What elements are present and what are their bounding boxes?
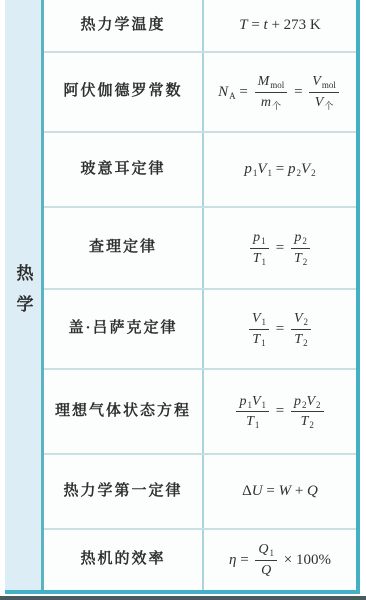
concept-name-cell: 阿伏伽德罗常数 — [44, 53, 204, 131]
formula-token: = — [272, 321, 288, 338]
formula-token: p2 — [294, 393, 307, 411]
fraction-bar — [291, 411, 324, 412]
fraction-bar — [309, 92, 339, 93]
formula-token: = — [236, 552, 252, 569]
fraction: Q1Q — [255, 541, 277, 579]
formula-token: 273 K — [284, 17, 321, 34]
formula-token: T1 — [246, 413, 259, 431]
subscript: mol — [270, 80, 284, 90]
formula-token: 100% — [296, 552, 331, 569]
formula-token: = — [290, 84, 306, 101]
formula-token: = — [263, 483, 279, 500]
formula-token: V1 — [252, 310, 266, 328]
subscript: 2 — [304, 317, 309, 327]
subscript: 1 — [262, 257, 267, 267]
formula-token: × — [280, 552, 296, 569]
fraction: p2V2T2 — [291, 393, 324, 431]
formula-token: p2 — [288, 161, 301, 178]
concept-name: 查理定律 — [89, 238, 157, 258]
table-rows: 热力学温度T = t + 273 K阿伏伽德罗常数NA = Mmolm个 = V… — [44, 0, 356, 590]
formula-token: V个 — [315, 94, 334, 112]
concept-name-cell: 热机的效率 — [44, 530, 204, 590]
table-row: 热力学第一定律ΔU = W + Q — [44, 455, 356, 530]
formula-cell: ΔU = W + Q — [204, 455, 356, 528]
subscript: 2 — [303, 338, 308, 348]
table-row: 盖·吕萨克定律V1T1 = V2T2 — [44, 290, 356, 370]
fraction: Mmolm个 — [255, 73, 288, 111]
formula-token: = — [236, 84, 252, 101]
table-row: 热机的效率η = Q1Q × 100% — [44, 530, 356, 590]
formula-token: V1 — [257, 161, 272, 178]
subscript: 2 — [311, 168, 316, 178]
formula-token: η — [229, 552, 236, 569]
formula-token: Δ — [242, 483, 252, 500]
concept-name: 热力学第一定律 — [63, 482, 182, 502]
fraction: V2T2 — [291, 310, 311, 348]
fraction-bar — [255, 92, 288, 93]
subscript: 1 — [261, 236, 266, 246]
formula-token: + — [291, 483, 307, 500]
formula-token: V1 — [252, 393, 266, 411]
concept-name-cell: 理想气体状态方程 — [44, 370, 204, 453]
subscript: 个 — [272, 101, 281, 111]
formula-token: V2 — [294, 310, 308, 328]
formula-cell: p1V1 = p2V2 — [204, 133, 356, 206]
concept-name: 阿伏伽德罗常数 — [63, 82, 182, 102]
subscript: 2 — [302, 236, 307, 246]
formula-token: T2 — [301, 413, 314, 431]
table-row: 理想气体状态方程p1V1T1 = p2V2T2 — [44, 370, 356, 455]
subscript: 2 — [316, 400, 321, 410]
formula-token: V2 — [301, 161, 316, 178]
formula-token: p1 — [239, 393, 252, 411]
physics-formula-sheet: 热学 热力学温度T = t + 273 K阿伏伽德罗常数NA = Mmolm个 … — [0, 0, 366, 600]
formula-token: = — [272, 161, 288, 178]
formula-token: Vmol — [312, 73, 336, 91]
formula-token: T2 — [294, 331, 307, 349]
formula-token: T1 — [253, 250, 266, 268]
formula-token: m个 — [261, 94, 281, 112]
fraction: V1T1 — [249, 310, 269, 348]
concept-name-cell: 查理定律 — [44, 208, 204, 288]
formula-token: NA — [218, 84, 236, 101]
formula-token: W — [279, 483, 292, 500]
fraction-bar — [250, 248, 269, 249]
concept-name-cell: 热力学温度 — [44, 0, 204, 51]
formula-token: = — [248, 17, 264, 34]
subscript: 2 — [303, 257, 308, 267]
concept-name: 玻意耳定律 — [80, 160, 165, 180]
table-row: 阿伏伽德罗常数NA = Mmolm个 = VmolV个 — [44, 53, 356, 133]
formula-token: = — [272, 240, 288, 257]
formula-cell: p1V1T1 = p2V2T2 — [204, 370, 356, 453]
formula-token: p1 — [244, 161, 257, 178]
formula-token: = — [272, 403, 288, 420]
subscript: 1 — [255, 420, 260, 430]
formula-token: Q — [307, 483, 318, 500]
table-row: 查理定律p1T1 = p2T2 — [44, 208, 356, 290]
thermodynamics-table: 热学 热力学温度T = t + 273 K阿伏伽德罗常数NA = Mmolm个 … — [5, 0, 360, 594]
fraction: p1T1 — [250, 229, 269, 267]
formula-cell: T = t + 273 K — [204, 0, 356, 51]
formula-cell: η = Q1Q × 100% — [204, 530, 356, 590]
fraction-bar — [236, 411, 269, 412]
formula-token: T2 — [294, 250, 307, 268]
concept-name-cell: 热力学第一定律 — [44, 455, 204, 528]
page-bottom-edge — [0, 596, 366, 600]
subscript: mol — [322, 80, 336, 90]
formula-token: T — [239, 17, 247, 34]
concept-name: 热力学温度 — [80, 16, 165, 36]
fraction: p2T2 — [291, 229, 310, 267]
fraction-bar — [291, 248, 310, 249]
subscript: 个 — [324, 101, 333, 111]
formula-token: Q — [261, 562, 271, 580]
category-cell: 热学 — [5, 0, 44, 590]
fraction: VmolV个 — [309, 73, 339, 111]
formula-token: V2 — [306, 393, 320, 411]
concept-name: 盖·吕萨克定律 — [68, 319, 177, 339]
formula-token: Q1 — [258, 541, 274, 559]
formula-token: + — [268, 17, 284, 34]
concept-name: 热机的效率 — [80, 550, 165, 570]
category-label: 热学 — [11, 264, 36, 326]
concept-name-cell: 盖·吕萨克定律 — [44, 290, 204, 368]
formula-token: p2 — [294, 229, 307, 247]
formula-cell: p1T1 = p2T2 — [204, 208, 356, 288]
formula-token: p1 — [253, 229, 266, 247]
formula-cell: V1T1 = V2T2 — [204, 290, 356, 368]
subscript: 1 — [262, 317, 267, 327]
fraction-bar — [249, 329, 269, 330]
formula-cell: NA = Mmolm个 = VmolV个 — [204, 53, 356, 131]
formula-token: Mmol — [258, 73, 285, 91]
fraction-bar — [291, 329, 311, 330]
subscript: 1 — [261, 338, 266, 348]
formula-token: T1 — [252, 331, 265, 349]
subscript: 1 — [262, 400, 267, 410]
subscript: 2 — [309, 420, 314, 430]
table-row: 玻意耳定律p1V1 = p2V2 — [44, 133, 356, 208]
formula-token: U — [252, 483, 263, 500]
concept-name: 理想气体状态方程 — [55, 402, 191, 422]
table-row: 热力学温度T = t + 273 K — [44, 0, 356, 53]
concept-name-cell: 玻意耳定律 — [44, 133, 204, 206]
subscript: 1 — [270, 548, 275, 558]
fraction-bar — [255, 560, 277, 561]
fraction: p1V1T1 — [236, 393, 269, 431]
